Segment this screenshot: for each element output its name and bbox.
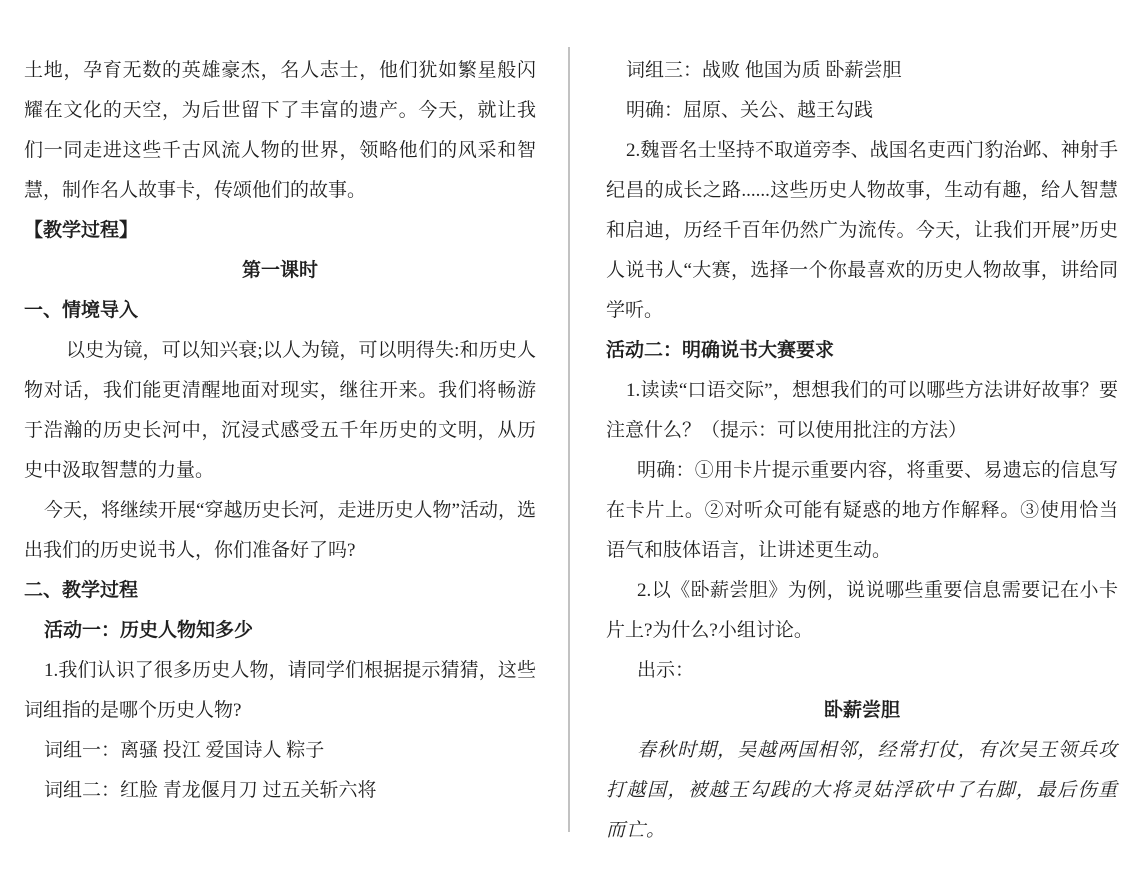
history-mirror-paragraph: 以史为镜，可以知兴衰;以人为镜，可以明得失:和历史人物对话，我们能更清醒地面对现…: [24, 331, 536, 491]
right-column: 词组三：战败 他国为质 卧薪尝胆 明确：屈原、关公、越王勾践 2.魏晋名士坚持不…: [606, 51, 1118, 851]
lesson-one-heading: 第一课时: [24, 251, 536, 291]
story-title: 卧薪尝胆: [606, 691, 1118, 731]
display-label: 出示：: [606, 651, 1118, 691]
word-group-three-line: 词组三：战败 他国为质 卧薪尝胆: [606, 51, 1118, 91]
activity-two-heading: 活动二：明确说书大赛要求: [606, 331, 1118, 371]
document-page: 土地，孕育无数的英雄豪杰，名人志士，他们犹如繁星般闪耀在文化的天空，为后世留下了…: [0, 0, 1143, 874]
story-paragraph: 春秋时期，吴越两国相邻，经常打仗，有次吴王领兵攻打越国，被越王勾践的大将灵姑浮砍…: [606, 731, 1118, 851]
section-two-heading: 二、教学过程: [24, 571, 536, 611]
today-activity-paragraph: 今天，将继续开展“穿越历史长河，走进历史人物”活动，选出我们的历史说书人，你们准…: [24, 491, 536, 571]
activity-one-heading: 活动一：历史人物知多少: [24, 611, 536, 651]
intro-paragraph: 土地，孕育无数的英雄豪杰，名人志士，他们犹如繁星般闪耀在文化的天空，为后世留下了…: [24, 51, 536, 211]
column-divider: [568, 47, 570, 832]
guess-question-paragraph: 1.我们认识了很多历史人物，请同学们根据提示猜猜，这些词组指的是哪个历史人物?: [24, 651, 536, 731]
reading-question-paragraph: 1.读读“口语交际”，想想我们的可以哪些方法讲好故事？要注意什么？（提示：可以使…: [606, 371, 1118, 451]
word-group-two-line: 词组二：红脸 青龙偃月刀 过五关斩六将: [24, 771, 536, 811]
card-discussion-paragraph: 2.以《卧薪尝胆》为例，说说哪些重要信息需要记在小卡片上?为什么?小组讨论。: [606, 571, 1118, 651]
answer-line: 明确：屈原、关公、越王勾践: [606, 91, 1118, 131]
teaching-process-heading: 【教学过程】: [24, 211, 536, 251]
famous-stories-paragraph: 2.魏晋名士坚持不取道旁李、战国名吏西门豹治邺、神射手纪昌的成长之路......…: [606, 131, 1118, 331]
section-one-heading: 一、情境导入: [24, 291, 536, 331]
word-group-one-line: 词组一：离骚 投江 爱国诗人 粽子: [24, 731, 536, 771]
left-column: 土地，孕育无数的英雄豪杰，名人志士，他们犹如繁星般闪耀在文化的天空，为后世留下了…: [24, 51, 536, 811]
method-answer-paragraph: 明确：①用卡片提示重要内容，将重要、易遗忘的信息写在卡片上。②对听众可能有疑惑的…: [606, 451, 1118, 571]
